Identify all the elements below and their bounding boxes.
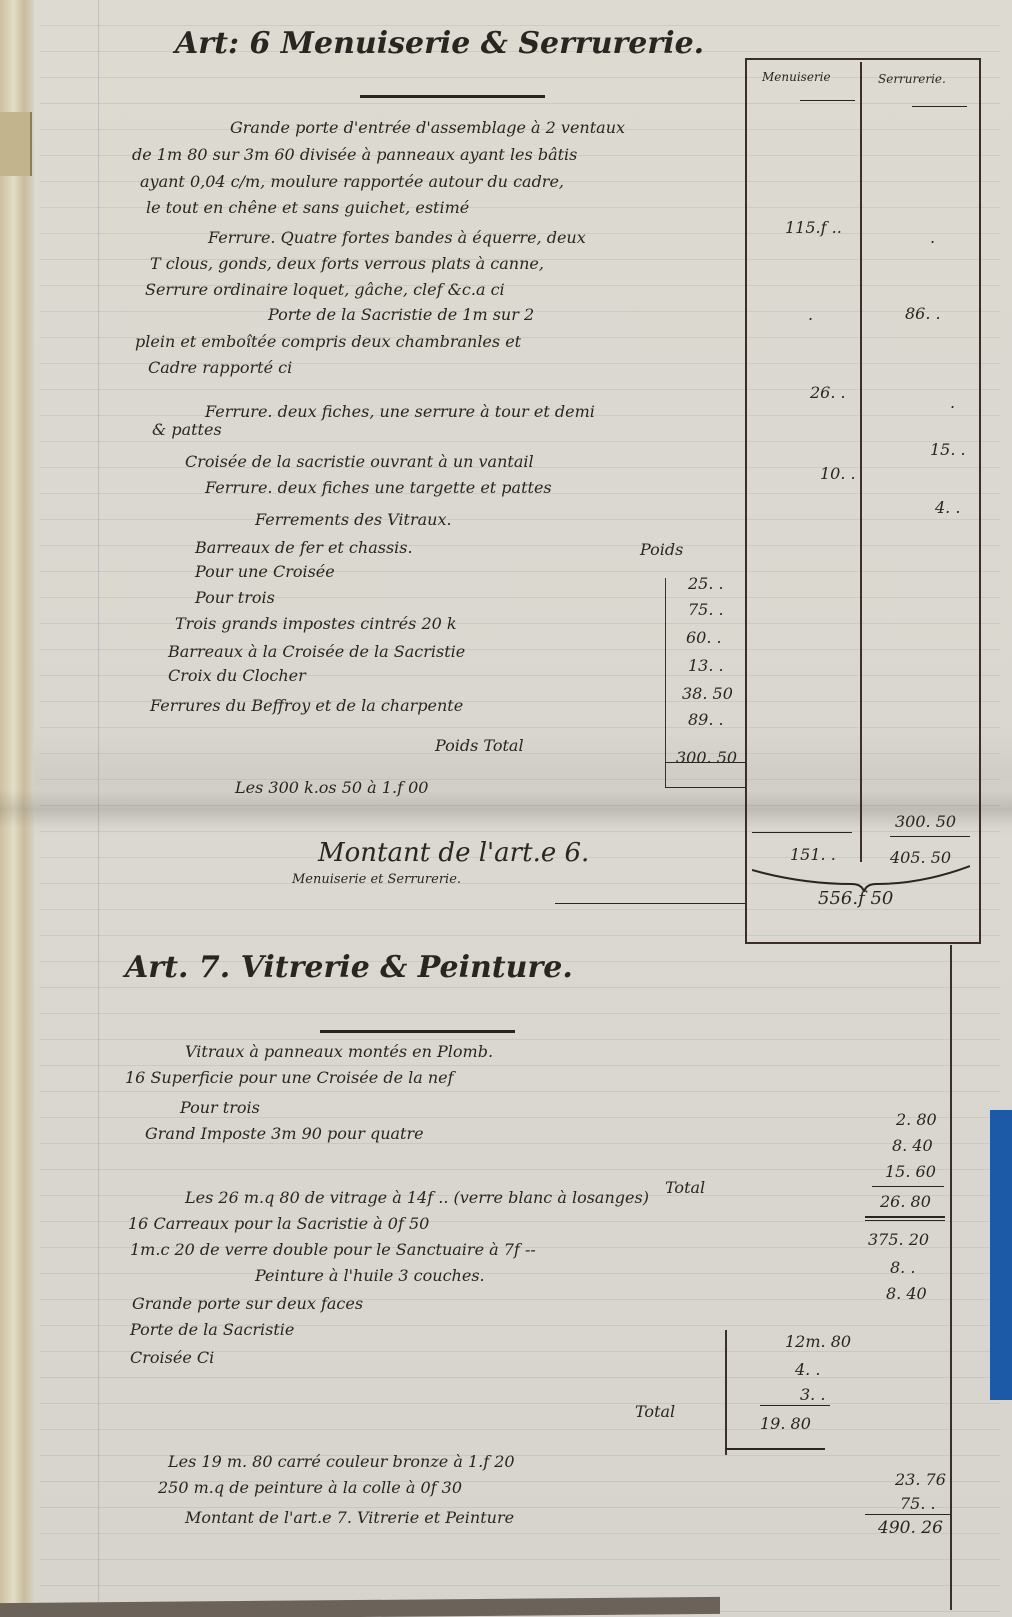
poids-column-line <box>665 578 666 788</box>
ferrement-item: Barreaux à la Croisée de la Sacristie <box>168 642 465 661</box>
amount-menuiserie: . <box>808 305 813 324</box>
montant-sub: Menuiserie et Serrurerie. <box>292 872 461 887</box>
text-line: 250 m.q de peinture à la colle à 0f 30 <box>158 1478 462 1497</box>
text-line: Ferrure. Quatre fortes bandes à équerre,… <box>208 228 586 247</box>
column-header-menuiserie: Menuiserie <box>762 70 831 84</box>
double-line <box>865 1220 945 1221</box>
montant-underline <box>555 903 745 904</box>
column-header-serrurerie: Serrurerie. <box>878 72 946 86</box>
text-line: Croisée Ci <box>130 1348 214 1367</box>
vitrage-total-label: Total <box>665 1178 705 1197</box>
vitrage-amount: 15. 60 <box>885 1162 936 1181</box>
amount-serrurerie: 15. . <box>930 440 966 459</box>
text-line: 16 Superficie pour une Croisée de la nef <box>125 1068 454 1087</box>
amount-serrurerie: . <box>930 228 935 247</box>
amount-menuiserie: 10. . <box>820 464 856 483</box>
final-total-line <box>865 1514 950 1515</box>
text-line: Grande porte sur deux faces <box>132 1294 363 1313</box>
peinture-total-label: Total <box>635 1402 675 1421</box>
background-blue-strip <box>990 1110 1012 1400</box>
poids-value: 38. 50 <box>682 684 733 703</box>
peinture-amount: 4. . <box>795 1360 820 1379</box>
text-line: 16 Carreaux pour la Sacristie à 0f 50 <box>128 1214 429 1233</box>
ferrements-heading: Ferrements des Vitraux. <box>255 510 452 529</box>
article7-title: Art. 7. Vitrerie & Peinture. <box>125 950 573 985</box>
peinture-amount: 12m. 80 <box>785 1332 851 1351</box>
text-line: plein et emboîtée compris deux chambranl… <box>135 332 521 351</box>
final-amount: 75. . <box>900 1494 936 1513</box>
peinture-column-line <box>725 1330 727 1455</box>
montant-label: Montant de l'art.e 7. Vitrerie et Peintu… <box>185 1508 514 1527</box>
double-line <box>865 1216 945 1218</box>
header-underline <box>800 100 855 101</box>
document-page: Art: 6 Menuiserie & Serrurerie. Menuiser… <box>0 0 1012 1617</box>
poids-value: 89. . <box>688 710 724 729</box>
peinture-amount: 3. . <box>800 1385 825 1404</box>
amount-serrurerie: . <box>950 393 955 412</box>
serrurerie-subtotal: 300. 50 <box>895 812 956 831</box>
right-margin-line <box>950 945 952 1610</box>
right-amount: 8. . <box>890 1258 915 1277</box>
header-underline <box>912 106 967 107</box>
montant-label: Montant de l'art.e 6. <box>318 838 589 868</box>
text-line: & pattes <box>152 420 222 439</box>
amount-serrurerie: 4. . <box>935 498 960 517</box>
peinture-total: 19. 80 <box>760 1414 811 1433</box>
title-underline <box>360 95 545 98</box>
article6-title: Art: 6 Menuiserie & Serrurerie. <box>175 26 704 61</box>
text-line: Les 26 m.q 80 de vitrage à 14f .. (verre… <box>185 1188 649 1207</box>
amount-menuiserie: 115.f .. <box>785 218 842 237</box>
vitrage-total: 26. 80 <box>880 1192 931 1211</box>
text-line: Grande porte d'entrée d'assemblage à 2 v… <box>230 118 625 137</box>
montant-total: 556.f 50 <box>818 888 893 909</box>
right-amount: 8. 40 <box>886 1284 927 1303</box>
text-line: Ferrure. deux fiches une targette et pat… <box>205 478 552 497</box>
text-line: T clous, gonds, deux forts verrous plats… <box>150 254 544 273</box>
poids-total-value: 300. 50 <box>676 748 737 767</box>
poids-value: 60. . <box>686 628 722 647</box>
text-line: Porte de la Sacristie <box>130 1320 294 1339</box>
text-line: Cadre rapporté ci <box>148 358 292 377</box>
poids-total-label: Poids Total <box>435 736 524 755</box>
text-line: Ferrure. deux fiches, une serrure à tour… <box>205 402 595 421</box>
final-total: 490. 26 <box>878 1518 943 1538</box>
text-line: Serrure ordinaire loquet, gâche, clef &c… <box>145 280 505 299</box>
text-line: Croisée de la sacristie ouvrant à un van… <box>185 452 534 471</box>
subtotal-line <box>872 1186 944 1187</box>
poids-value: 75. . <box>688 600 724 619</box>
binding-tab <box>0 112 32 176</box>
price-line: Les 300 k.os 50 à 1.f 00 <box>235 778 428 797</box>
subtotal-line <box>760 1405 830 1406</box>
ferrement-item: Pour une Croisée <box>195 562 335 581</box>
poids-value: 13. . <box>688 656 724 675</box>
text-line: Grand Imposte 3m 90 pour quatre <box>145 1124 424 1143</box>
ferrement-item: Barreaux de fer et chassis. <box>195 538 413 557</box>
subtotal-line <box>725 1448 825 1450</box>
poids-total-line <box>665 787 745 788</box>
text-line: Peinture à l'huile 3 couches. <box>255 1266 485 1285</box>
vitrage-amount: 2. 80 <box>896 1110 937 1129</box>
right-amount: 375. 20 <box>868 1230 929 1249</box>
ferrement-item: Trois grands impostes cintrés 20 k <box>175 614 457 633</box>
subtotal-line <box>890 836 970 837</box>
poids-label: Poids <box>640 540 683 559</box>
column-divider <box>860 62 862 862</box>
text-line: Porte de la Sacristie de 1m sur 2 <box>268 305 534 324</box>
text-line: de 1m 80 sur 3m 60 divisée à panneaux ay… <box>132 145 577 164</box>
amount-menuiserie: 26. . <box>810 383 846 402</box>
vitrage-amount: 8. 40 <box>892 1136 933 1155</box>
poids-value: 25. . <box>688 574 724 593</box>
text-line: Vitraux à panneaux montés en Plomb. <box>185 1042 493 1061</box>
text-line: le tout en chêne et sans guichet, estimé <box>146 198 469 217</box>
text-line: ayant 0,04 c/m, moulure rapportée autour… <box>140 172 564 191</box>
subtotal-line <box>752 832 852 833</box>
title-underline <box>320 1030 515 1033</box>
ferrement-item: Ferrures du Beffroy et de la charpente <box>150 696 463 715</box>
final-amount: 23. 76 <box>895 1470 946 1489</box>
ferrement-item: Pour trois <box>195 588 275 607</box>
text-line: Les 19 m. 80 carré couleur bronze à 1.f … <box>168 1452 515 1471</box>
text-line: 1m.c 20 de verre double pour le Sanctuai… <box>130 1240 536 1259</box>
amount-serrurerie: 86. . <box>905 304 941 323</box>
ferrement-item: Croix du Clocher <box>168 666 306 685</box>
text-line: Pour trois <box>180 1098 260 1117</box>
